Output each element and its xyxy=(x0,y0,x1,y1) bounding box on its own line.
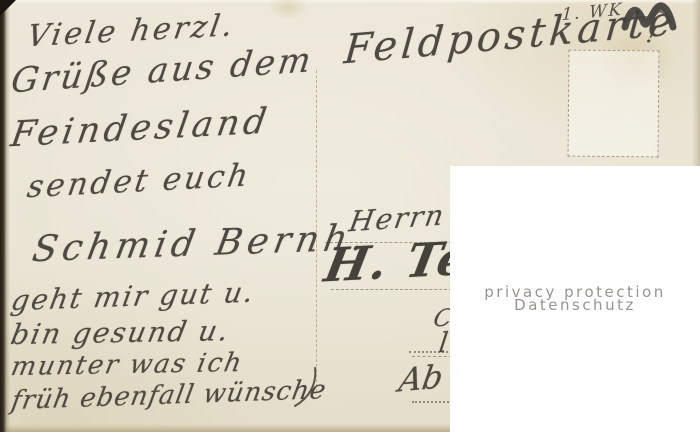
message-line-8: munter was ich xyxy=(9,350,246,380)
message-line-4: sendet euch xyxy=(25,160,253,203)
pencil-scribble xyxy=(620,0,678,36)
message-line-6: geht mir gut u. xyxy=(9,279,257,316)
stamp-box xyxy=(568,50,660,158)
privacy-overlay-line2: Datenschutz xyxy=(514,299,636,312)
address-salutation: Herrn xyxy=(347,201,448,236)
privacy-overlay: privacy protection Datenschutz xyxy=(450,166,700,432)
postcard-scan: Feldpostkarte ! 1. WK Viele herzl. Grüße… xyxy=(0,0,700,432)
address-fragment-4: l xyxy=(437,329,449,357)
message-line-9: früh ebenfall wünsche xyxy=(9,377,328,414)
paper-stain xyxy=(268,0,308,20)
address-rule-4 xyxy=(412,401,452,403)
message-line-7: bin gesund u. xyxy=(9,317,233,349)
paper-edge-left xyxy=(0,0,10,432)
message-line-3: Feindesland xyxy=(8,104,272,153)
message-line-5: Schmid Bernh. xyxy=(30,220,372,268)
address-fragment-5: Ab xyxy=(397,360,446,396)
message-line-1: Viele herzl. xyxy=(25,11,237,52)
